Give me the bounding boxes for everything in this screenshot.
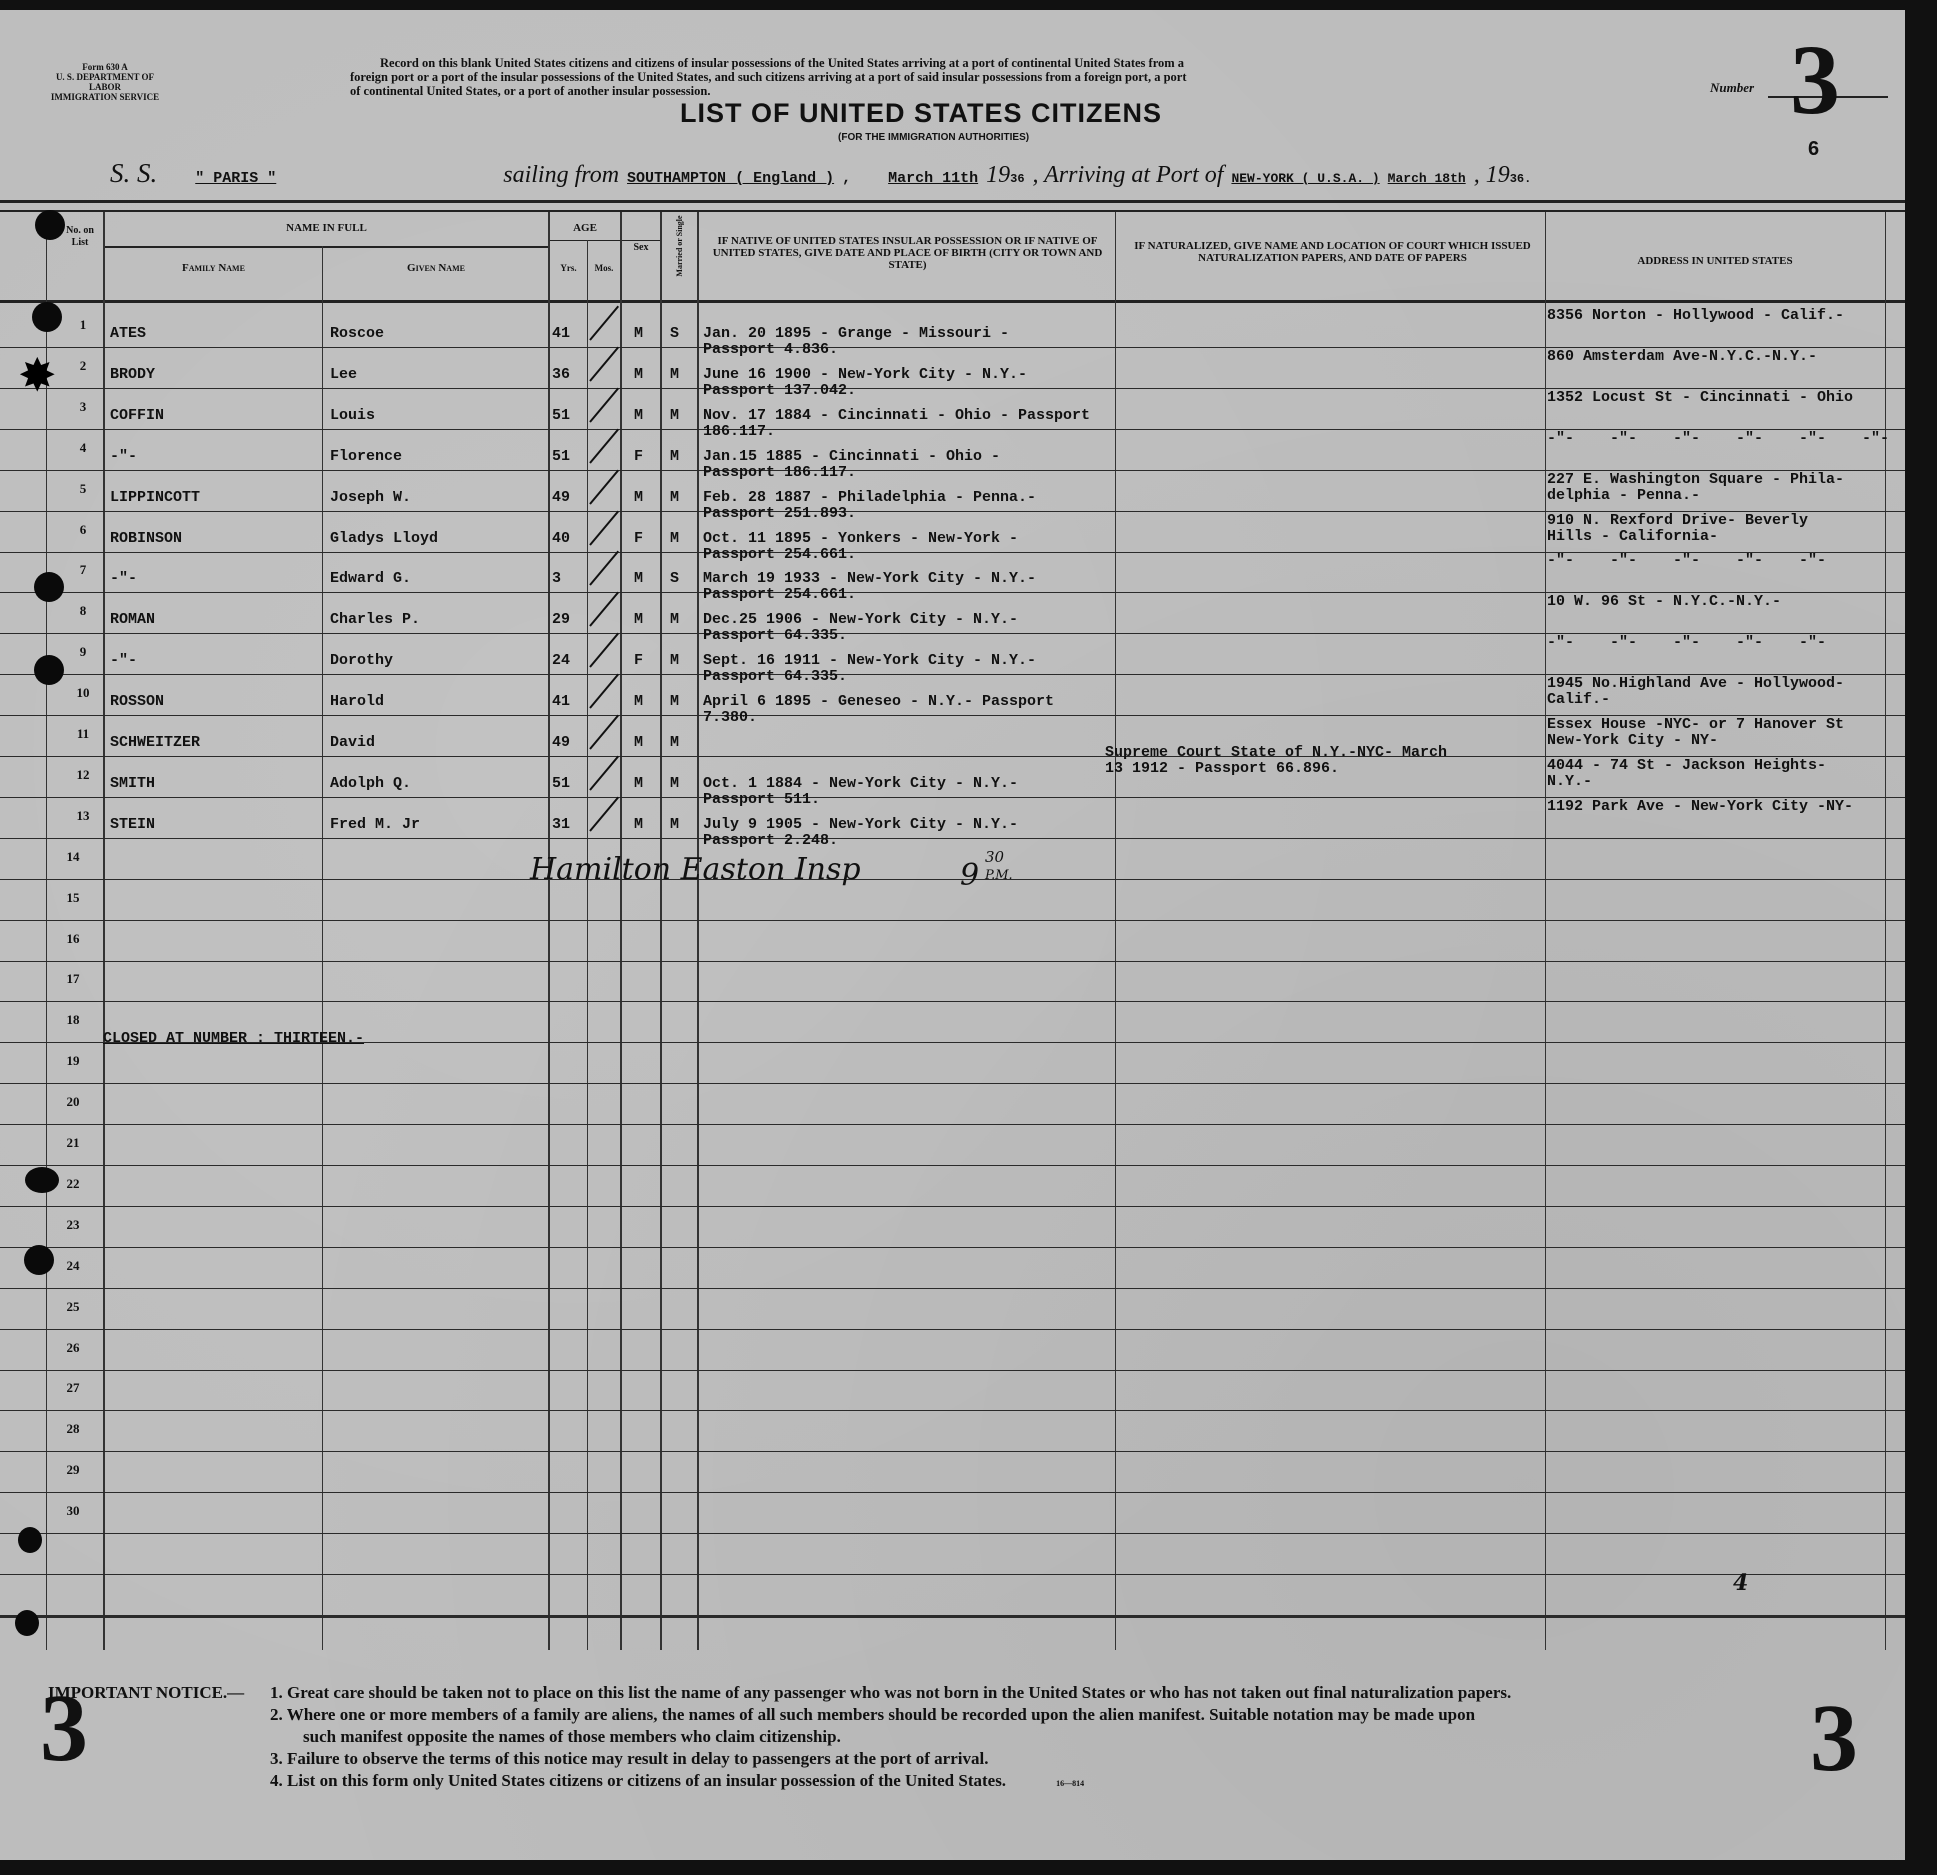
- punch-hole: [34, 655, 64, 685]
- row-number: 2: [68, 358, 98, 374]
- notice-item-3: 3. Failure to observe the terms of this …: [48, 1748, 1808, 1770]
- tick-mark: [589, 756, 619, 791]
- tick-mark: [589, 306, 619, 341]
- row-number: 5: [68, 481, 98, 497]
- form-number: Form 630 A: [45, 62, 165, 72]
- corner-number-right: 3: [1810, 1690, 1858, 1786]
- row-number: 9: [68, 644, 98, 660]
- punch-hole: [18, 1527, 42, 1553]
- form-code: 16—814: [1056, 1773, 1084, 1795]
- family-name: -"-: [110, 652, 137, 669]
- address-line-1: Essex House -NYC- or 7 Hanover St: [1547, 716, 1844, 733]
- tick-mark: [589, 387, 619, 422]
- birth-line-1: Dec.25 1906 - New-York City - N.Y.-: [703, 611, 1018, 628]
- address-line-1: 1192 Park Ave - New-York City -NY-: [1547, 798, 1853, 815]
- address-line-1: 1352 Locust St - Cincinnati - Ohio: [1547, 389, 1853, 406]
- tick-mark: [589, 796, 619, 831]
- tick-mark: [589, 592, 619, 627]
- row-rule: [0, 1329, 1905, 1330]
- row-number: 28: [58, 1421, 88, 1437]
- ship-name: " PARIS ": [165, 170, 495, 187]
- notice-item-4: 4. List on this form only United States …: [270, 1770, 1006, 1792]
- punch-hole: [24, 1245, 54, 1275]
- punch-hole: [25, 1167, 59, 1193]
- from-port: SOUTHAMPTON ( England ): [627, 170, 834, 187]
- row-number: 18: [58, 1012, 88, 1028]
- sex: M: [634, 366, 643, 383]
- sail-date: March 11th: [868, 170, 978, 187]
- sex: M: [634, 734, 643, 751]
- arrival-port: NEW-YORK ( U.S.A. ): [1231, 170, 1379, 187]
- age-years: 51: [552, 775, 570, 792]
- sex: M: [634, 407, 643, 424]
- family-name: -"-: [110, 570, 137, 587]
- given-name: Roscoe: [330, 325, 384, 342]
- row-rule: [0, 1410, 1905, 1411]
- marital-status: M: [670, 448, 679, 465]
- birth-line-1: Sept. 16 1911 - New-York City - N.Y.-: [703, 652, 1036, 669]
- given-name: Joseph W.: [330, 489, 411, 506]
- row-number: 20: [58, 1094, 88, 1110]
- family-name: ROSSON: [110, 693, 164, 710]
- header-sex: Sex: [622, 242, 660, 254]
- notice-lead: IMPORTANT NOTICE.—: [48, 1682, 270, 1704]
- arrival-date: March 18th: [1388, 170, 1466, 187]
- tick-mark: [589, 715, 619, 750]
- manifest-table: No. on List NAME IN FULL Family Name Giv…: [0, 200, 1905, 1650]
- intro-text: Record on this blank United States citiz…: [350, 56, 1600, 98]
- given-name: Fred M. Jr: [330, 816, 420, 833]
- given-name: Adolph Q.: [330, 775, 411, 792]
- tick-mark: [589, 551, 619, 586]
- family-name: BRODY: [110, 366, 155, 383]
- marital-status: M: [670, 366, 679, 383]
- row-number: 22: [58, 1176, 88, 1192]
- header-mos: Mos.: [588, 262, 620, 274]
- family-name: ROBINSON: [110, 530, 182, 547]
- family-name: -"-: [110, 448, 137, 465]
- sex: F: [634, 530, 643, 547]
- header-no-on-list: No. on List: [60, 225, 100, 249]
- row-rule: [0, 1124, 1905, 1125]
- ss-label: S. S.: [110, 158, 157, 189]
- birth-line-2: Passport 186.117.: [703, 464, 856, 481]
- family-name: SMITH: [110, 775, 155, 792]
- tick-mark: [589, 674, 619, 709]
- sex: M: [634, 693, 643, 710]
- given-name: Louis: [330, 407, 375, 424]
- intro-line-2: foreign port or a port of the insular po…: [350, 70, 1600, 84]
- age-years: 3: [552, 570, 561, 587]
- row-number: 8: [68, 603, 98, 619]
- birth-line-2: Passport 2.248.: [703, 832, 838, 849]
- address-line-2: delphia - Penna.-: [1547, 487, 1700, 504]
- birth-line-2: 186.117.: [703, 423, 775, 440]
- punch-hole: [15, 1610, 39, 1636]
- sex: M: [634, 611, 643, 628]
- sex: M: [634, 489, 643, 506]
- birth-line-2: Passport 64.335.: [703, 668, 847, 685]
- year-suffix: 36: [1010, 171, 1024, 188]
- closing-note: CLOSED AT NUMBER : THIRTEEN.-: [103, 1030, 364, 1047]
- page-title: LIST OF UNITED STATES CITIZENS: [680, 98, 1162, 129]
- row-rule: [0, 1165, 1905, 1166]
- birth-line-2: Passport 254.661.: [703, 546, 856, 563]
- header-given-name: Given Name: [324, 262, 548, 274]
- row-rule: [0, 1574, 1905, 1575]
- tick-mark: [589, 633, 619, 668]
- row-rule: [0, 920, 1905, 921]
- row-rule: [0, 1083, 1905, 1084]
- family-name: LIPPINCOTT: [110, 489, 200, 506]
- marital-status: M: [670, 693, 679, 710]
- notice-item-1: 1. Great care should be taken not to pla…: [270, 1682, 1511, 1704]
- year-prefix: 19: [986, 162, 1010, 189]
- row-number: 21: [58, 1135, 88, 1151]
- row-rule: [0, 838, 1905, 839]
- row-number: 14: [58, 849, 88, 865]
- marital-status: M: [670, 734, 679, 751]
- family-name: STEIN: [110, 816, 155, 833]
- manifest-sheet: Form 630 A U. S. DEPARTMENT OF LABOR IMM…: [0, 10, 1905, 1860]
- row-number: 12: [68, 767, 98, 783]
- row-number: 10: [68, 685, 98, 701]
- row-number: 27: [58, 1380, 88, 1396]
- list-number: 3: [1790, 30, 1840, 130]
- sub-number: 6: [1808, 138, 1819, 161]
- family-name: ATES: [110, 325, 146, 342]
- marital-status: M: [670, 489, 679, 506]
- given-name: Florence: [330, 448, 402, 465]
- address-line-1: 227 E. Washington Square - Phila-: [1547, 471, 1844, 488]
- marital-status: M: [670, 816, 679, 833]
- punch-hole: [34, 572, 64, 602]
- marital-status: S: [670, 325, 679, 342]
- row-number: 19: [58, 1053, 88, 1069]
- given-name: Dorothy: [330, 652, 393, 669]
- row-number: 11: [68, 726, 98, 742]
- marital-status: M: [670, 775, 679, 792]
- age-years: 41: [552, 325, 570, 342]
- row-rule: [0, 1001, 1905, 1002]
- row-number: 4: [68, 440, 98, 456]
- address-line-1: 4044 - 74 St - Jackson Heights-: [1547, 757, 1826, 774]
- row-rule: [0, 961, 1905, 962]
- row-rule: [0, 1370, 1905, 1371]
- sex: F: [634, 448, 643, 465]
- notice-item-2: 2. Where one or more members of a family…: [48, 1704, 1808, 1726]
- service: IMMIGRATION SERVICE: [45, 92, 165, 102]
- marital-status: M: [670, 611, 679, 628]
- row-number: 16: [58, 931, 88, 947]
- address-line-1: 8356 Norton - Hollywood - Calif.-: [1547, 307, 1844, 324]
- row-number: 17: [58, 971, 88, 987]
- tick-mark: [589, 347, 619, 382]
- birth-line-2: 7.380.: [703, 709, 757, 726]
- header-naturalized: IF NATURALIZED, GIVE NAME AND LOCATION O…: [1125, 240, 1540, 264]
- header-address: ADDRESS IN UNITED STATES: [1550, 255, 1880, 267]
- age-years: 29: [552, 611, 570, 628]
- sex: M: [634, 325, 643, 342]
- header-birth: IF NATIVE OF UNITED STATES INSULAR POSSE…: [705, 235, 1110, 271]
- birth-line-1: Oct. 11 1895 - Yonkers - New-York -: [703, 530, 1018, 547]
- marital-status: M: [670, 652, 679, 669]
- marital-status: S: [670, 570, 679, 587]
- row-rule: [0, 879, 1905, 880]
- address-line-1: -"- -"- -"- -"- -"-: [1547, 552, 1826, 569]
- signature-time-pm: P.M.: [985, 868, 1013, 883]
- page-subtitle: (FOR THE IMMIGRATION AUTHORITIES): [838, 132, 1029, 143]
- important-notice: IMPORTANT NOTICE.— 1. Great care should …: [48, 1682, 1808, 1795]
- sex: M: [634, 775, 643, 792]
- birth-line-1: Nov. 17 1884 - Cincinnati - Ohio - Passp…: [703, 407, 1090, 424]
- address-line-2: N.Y.-: [1547, 773, 1592, 790]
- address-line-2: New-York City - NY-: [1547, 732, 1718, 749]
- age-years: 49: [552, 734, 570, 751]
- address-line-1: -"- -"- -"- -"- -"-: [1547, 634, 1826, 651]
- row-number: 29: [58, 1462, 88, 1478]
- given-name: Gladys Lloyd: [330, 530, 438, 547]
- row-rule: [0, 1206, 1905, 1207]
- age-years: 51: [552, 407, 570, 424]
- row-number: 1: [68, 317, 98, 333]
- intro-line-1: Record on this blank United States citiz…: [350, 56, 1600, 70]
- family-name: SCHWEITZER: [110, 734, 200, 751]
- birth-line-1: Jan. 20 1895 - Grange - Missouri -: [703, 325, 1009, 342]
- star-stamp-icon: ✸: [18, 352, 57, 398]
- row-number: 15: [58, 890, 88, 906]
- row-rule: [0, 1492, 1905, 1493]
- birth-line-2: Passport 64.335.: [703, 627, 847, 644]
- row-rule: [0, 1451, 1905, 1452]
- birth-line-2: Passport 254.661.: [703, 586, 856, 603]
- row-rule: [0, 1288, 1905, 1289]
- tick-mark: [589, 428, 619, 463]
- row-number: 24: [58, 1258, 88, 1274]
- age-years: 31: [552, 816, 570, 833]
- age-years: 24: [552, 652, 570, 669]
- punch-hole: [32, 302, 62, 332]
- address-line-1: 860 Amsterdam Ave-N.Y.C.-N.Y.-: [1547, 348, 1817, 365]
- birth-line-1: July 9 1905 - New-York City - N.Y.-: [703, 816, 1018, 833]
- given-name: Lee: [330, 366, 357, 383]
- age-years: 41: [552, 693, 570, 710]
- birth-line-1: March 19 1933 - New-York City - N.Y.-: [703, 570, 1036, 587]
- row-number: 25: [58, 1299, 88, 1315]
- row-rule: [0, 1533, 1905, 1534]
- birth-line-2: Passport 137.042.: [703, 382, 856, 399]
- row-number: 6: [68, 522, 98, 538]
- given-name: Harold: [330, 693, 384, 710]
- birth-line-1: April 6 1895 - Geneseo - N.Y.- Passport: [703, 693, 1054, 710]
- marital-status: M: [670, 407, 679, 424]
- header-yrs: Yrs.: [550, 262, 587, 274]
- signature-time: 9: [960, 858, 979, 893]
- header-name-in-full: NAME IN FULL: [105, 222, 548, 234]
- given-name: David: [330, 734, 375, 751]
- form-id: Form 630 A U. S. DEPARTMENT OF LABOR IMM…: [45, 62, 165, 102]
- given-name: Charles P.: [330, 611, 420, 628]
- family-name: ROMAN: [110, 611, 155, 628]
- sex: M: [634, 570, 643, 587]
- tick-mark: [589, 469, 619, 504]
- inspector-signature: Hamilton Easton Insp: [530, 852, 861, 887]
- birth-line-2: Passport 511.: [703, 791, 820, 808]
- tick-mark: [589, 510, 619, 545]
- row-number: 26: [58, 1340, 88, 1356]
- sex: F: [634, 652, 643, 669]
- family-name: COFFIN: [110, 407, 164, 424]
- age-years: 51: [552, 448, 570, 465]
- birth-line-1: Feb. 28 1887 - Philadelphia - Penna.-: [703, 489, 1036, 506]
- given-name: Edward G.: [330, 570, 411, 587]
- sailing-label: sailing from: [503, 162, 619, 189]
- arrival-year-suffix: 36.: [1510, 171, 1532, 188]
- birth-line-1: Jan.15 1885 - Cincinnati - Ohio -: [703, 448, 1000, 465]
- header-married-single: Married or Single: [674, 206, 686, 286]
- signature-time-minutes: 30: [985, 848, 1004, 866]
- row-number: 3: [68, 399, 98, 415]
- address-line-2: Hills - California-: [1547, 528, 1718, 545]
- address-line-1: 10 W. 96 St - N.Y.C.-N.Y.-: [1547, 593, 1781, 610]
- marital-status: M: [670, 530, 679, 547]
- row-number: 23: [58, 1217, 88, 1233]
- age-years: 49: [552, 489, 570, 506]
- intro-line-3: of continental United States, or a port …: [350, 84, 1600, 98]
- voyage-line: S. S. " PARIS " sailing from SOUTHAMPTON…: [110, 158, 1531, 189]
- address-line-1: 1945 No.Highland Ave - Hollywood-: [1547, 675, 1844, 692]
- notice-item-2b: such manifest opposite the names of thos…: [48, 1726, 1808, 1748]
- header-age: AGE: [550, 222, 620, 234]
- page-mark: 4: [1733, 1570, 1748, 1596]
- birth-line-1: June 16 1900 - New-York City - N.Y.-: [703, 366, 1027, 383]
- birth-line-1: Oct. 1 1884 - New-York City - N.Y.-: [703, 775, 1018, 792]
- row-number: 7: [68, 562, 98, 578]
- address-line-1: 910 N. Rexford Drive- Beverly: [1547, 512, 1808, 529]
- punch-hole: [35, 210, 65, 240]
- age-years: 36: [552, 366, 570, 383]
- address-line-2: Calif.-: [1547, 691, 1610, 708]
- row-rule: [0, 1615, 1905, 1618]
- address-line-1: -"- -"- -"- -"- -"- -"-: [1547, 430, 1889, 447]
- naturalization-line-2: 13 1912 - Passport 66.896.: [1105, 760, 1339, 777]
- row-number: 30: [58, 1503, 88, 1519]
- row-rule: [0, 1247, 1905, 1248]
- sex: M: [634, 816, 643, 833]
- row-number: 13: [68, 808, 98, 824]
- arriving-label: , Arriving at Port of: [1033, 162, 1224, 189]
- naturalization-line-1: Supreme Court State of N.Y.-NYC- March: [1105, 744, 1447, 761]
- birth-line-2: Passport 4.836.: [703, 341, 838, 358]
- department: U. S. DEPARTMENT OF LABOR: [45, 72, 165, 92]
- birth-line-2: Passport 251.893.: [703, 505, 856, 522]
- age-years: 40: [552, 530, 570, 547]
- number-label: Number: [1710, 80, 1754, 96]
- header-family-name: Family Name: [105, 262, 322, 274]
